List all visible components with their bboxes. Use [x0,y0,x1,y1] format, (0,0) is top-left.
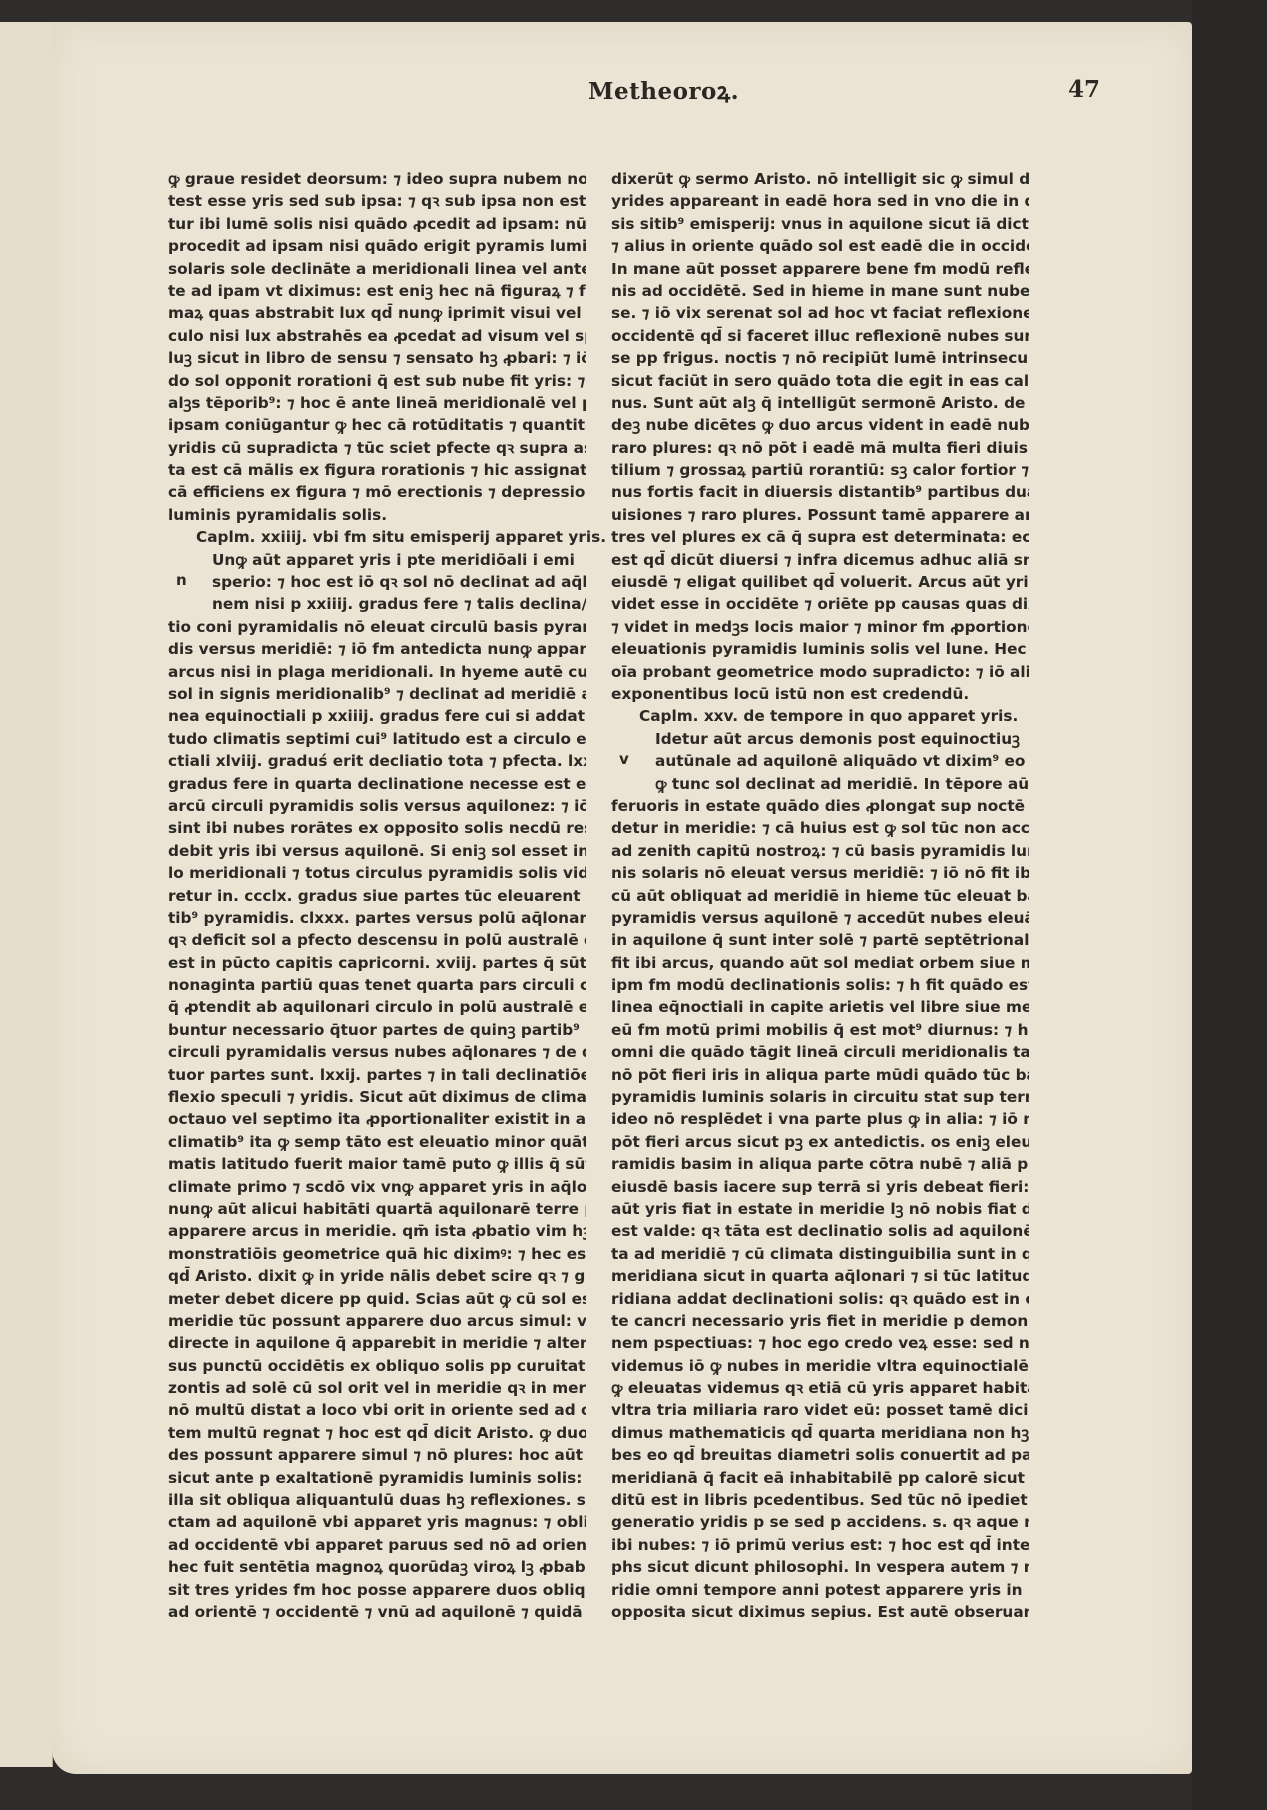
text-line: ideo nō resplēdet i vna parte plus ꝙ in … [611,1108,1029,1130]
text-line: do sol opponit rorationi q̄ est sub nube… [168,370,586,392]
text-line: alꝫs tēporib⁹: ⁊ hoc ē ante lineā meridi… [168,392,586,414]
text-line: feruoris in estate quādo dies ꝓlongat su… [611,795,1029,817]
text-line: luminis pyramidalis solis. [168,504,586,526]
text-line: tuor partes sunt. lxxij. partes ⁊ in tal… [168,1064,586,1086]
page-number: 47 [1068,76,1100,103]
text-line: climatib⁹ ita ꝙ semp tāto est eleuatio m… [168,1131,586,1153]
text-line: tres vel plures ex cā q̄ supra est deter… [611,526,1029,548]
text-line: dis versus meridiē: ⁊ iō fm antedicta nu… [168,638,586,660]
text-line: nis ad occidētē. Sed in hieme in mane su… [611,280,1029,302]
scan-border [1192,0,1267,1810]
text-line: bes eo qd̄ breuitas diametri solis conue… [611,1444,1029,1466]
text-line: retur in. ccclx. gradus siue partes tūc … [168,885,586,907]
text-line: maꝝ quas abstrabit lux qd̄ nunꝙ iprimit … [168,302,586,324]
text-line: ad occidentē vbi apparet paruus sed nō a… [168,1534,586,1556]
text-line: zontis ad solē cū sol orit vel in meridi… [168,1377,586,1399]
text-line: test esse yris sed sub ipsa: ⁊ qꝛ sub ip… [168,190,586,212]
right-text-column: dixerūt ꝙ sermo Aristo. nō intelligit si… [611,168,1029,1623]
text-line: nem pspectiuas: ⁊ hoc ego credo veꝝ esse… [611,1332,1029,1354]
text-line: meter debet dicere pp quid. Scias aūt ꝙ … [168,1288,586,1310]
text-line: dixerūt ꝙ sermo Aristo. nō intelligit si… [611,168,1029,190]
text-line: pōt fieri arcus sicut pꝫ ex antedictis. … [611,1131,1029,1153]
text-line: ta ad meridiē ⁊ cū climata distinguibili… [611,1243,1029,1265]
text-line: directe in aquilone q̄ apparebit in meri… [168,1332,586,1354]
text-line: tudo climatis septimi cui⁹ latitudo est … [168,728,586,750]
text-line: tem multū regnat ⁊ hoc est qd̄ dicit Ari… [168,1422,586,1444]
text-line: solaris sole declināte a meridionali lin… [168,258,586,280]
text-line: deꝫ nube dicētes ꝙ duo arcus vident in e… [611,414,1029,436]
text-line: eū fm motū primi mobilis q̄ est mot⁹ diu… [611,1019,1029,1041]
text-line: nem nisi p xxiiij. gradus fere ⁊ talis d… [168,593,586,615]
text-line: ibi nubes: ⁊ iō primū verius est: ⁊ hoc … [611,1534,1029,1556]
text-line: sus punctū occidētis ex obliquo solis pp… [168,1355,586,1377]
text-line: apparere arcus in meridie. qm̄ ista ꝓbat… [168,1220,586,1242]
text-line: yrides appareant in eadē hora sed in vno… [611,190,1029,212]
text-line: nō pōt fieri iris in aliqua parte mūdi q… [611,1064,1029,1086]
text-line: cā efficiens ex figura ⁊ mō erectionis ⁊… [168,481,586,503]
text-line: circuli pyramidalis versus nubes aq̄lona… [168,1041,586,1063]
text-line: sit tres yrides fm hoc posse apparere du… [168,1579,586,1601]
text-line: culo nisi lux abstrahēs ea ꝓcedat ad vis… [168,325,586,347]
text-line: ad orientē ⁊ occidentē ⁊ vnū ad aquilonē… [168,1601,586,1623]
text-line: ad zenith capitū nostroꝝ: ⁊ cū basis pyr… [611,840,1029,862]
text-line: pyramidis luminis solaris in circuitu st… [611,1086,1029,1108]
text-line: buntur necessario q̄tuor partes de quinꝫ… [168,1019,586,1041]
text-line: gradus fere in quarta declinatione neces… [168,773,586,795]
text-line: est qd̄ dicūt diuersi ⁊ infra dicemus ad… [611,549,1029,571]
text-line: sint ibi nubes rorātes ex opposito solis… [168,817,586,839]
text-line: lo meridionali ⁊ totus circulus pyramidi… [168,862,586,884]
text-line: luꝫ sicut in libro de sensu ⁊ sensato hꝫ… [168,347,586,369]
chapter-heading: Caplm. xxiiij. vbi fm situ emisperij app… [168,526,586,548]
text-line: fit ibi arcus, quando aūt sol mediat orb… [611,952,1029,974]
text-line: tur ibi lumē solis nisi quādo ꝓcedit ad … [168,213,586,235]
text-line: eiusdē basis iacere sup terrā si yris de… [611,1176,1029,1198]
text-line: monstratiōis geometrice quā hic diximꝰ: … [168,1243,586,1265]
text-line: nus fortis facit in diuersis distantib⁹ … [611,481,1029,503]
text-line: detur in meridie: ⁊ cā huius est ꝙ sol t… [611,817,1029,839]
text-line: ridie omni tempore anni potest apparere … [611,1579,1029,1601]
text-line: sperio: ⁊ hoc est iō qꝛ sol nō declinat … [168,571,586,593]
text-line: occidentē qd̄ si faceret illuc reflexion… [611,325,1029,347]
text-line: flexio speculi ⁊ yridis. Sicut aūt dixim… [168,1086,586,1108]
text-line: ⁊ alius in oriente quādo sol est eadē di… [611,235,1029,257]
text-line: matis latitudo fuerit maior tamē puto ꝙ … [168,1153,586,1175]
text-line: illa sit obliqua aliquantulū duas hꝫ ref… [168,1489,586,1511]
running-head: Metheoroꝝ. [588,74,739,106]
text-line: arcū circuli pyramidis solis versus aqui… [168,795,586,817]
text-line: nis solaris nō eleuat versus meridiē: ⁊ … [611,862,1029,884]
text-line: linea eq̄noctiali in capite arietis vel … [611,996,1029,1018]
text-line: exponentibus locū istū non est credendū. [611,683,1029,705]
text-line: yridis cū supradicta ⁊ tūc sciet pfecte … [168,437,586,459]
text-line: eiusdē ⁊ eligat quilibet qd̄ voluerit. A… [611,571,1029,593]
text-line: des possunt apparere simul ⁊ nō plures: … [168,1444,586,1466]
guide-letter: n [176,571,187,589]
text-line: in aquilone q̄ sunt inter solē ⁊ partē s… [611,929,1029,951]
text-line: ꝙ tunc sol declinat ad meridiē. In tēpor… [611,773,1029,795]
left-text-column: ꝙ graue residet deorsum: ⁊ ideo supra nu… [168,168,586,1623]
text-line: meridiana sicut in quarta aq̄lonari ⁊ si… [611,1265,1029,1287]
text-line: ramidis basim in aliqua parte cōtra nubē… [611,1153,1029,1175]
text-line: debit yris ibi versus aquilonē. Si eniꝫ … [168,840,586,862]
text-line: videmus iō ꝙ nubes in meridie vltra equi… [611,1355,1029,1377]
text-line: cū aūt obliquat ad meridiē in hieme tūc … [611,885,1029,907]
text-line: eleuationis pyramidis luminis solis vel … [611,638,1029,660]
text-line: phs sicut dicunt philosophi. In vespera … [611,1556,1029,1578]
text-line: nonaginta partiū quas tenet quarta pars … [168,974,586,996]
text-line: ꝙ graue residet deorsum: ⁊ ideo supra nu… [168,168,586,190]
text-line: sis sitib⁹ emisperij: vnus in aquilone s… [611,213,1029,235]
text-line: nea equinoctiali p xxiiij. gradus fere c… [168,705,586,727]
text-line: te cancri necessario yris fiet in meridi… [611,1310,1029,1332]
text-line: pyramidis versus aquilonē ⁊ accedūt nube… [611,907,1029,929]
text-line: tib⁹ pyramidis. clxxx. partes versus pol… [168,907,586,929]
text-line: q̄ ꝓtendit ab aquilonari circulo in polū… [168,996,586,1018]
text-line: nunꝙ aūt alicui habitāti quartā aquilona… [168,1198,586,1220]
text-line: omni die quādo tāgit lineā circuli merid… [611,1041,1029,1063]
text-line: generatio yridis p se sed p accidens. s.… [611,1511,1029,1533]
text-line: arcus nisi in plaga meridionali. In hyem… [168,661,586,683]
text-line: te ad ipam vt diximus: est eniꝫ hec nā f… [168,280,586,302]
text-line: sicut faciūt in sero quādo tota die egit… [611,370,1029,392]
text-line: tilium ⁊ grossaꝝ partiū rorantiū: sꝫ cal… [611,459,1029,481]
text-line: ⁊ videt in medꝫs locis maior ⁊ minor fm … [611,616,1029,638]
text-line: opposita sicut diximus sepius. Est autē … [611,1601,1029,1623]
text-line: oīa probant geometrice modo supradicto: … [611,661,1029,683]
text-line: ipm fm modū declinationis solis: ⁊ h fit… [611,974,1029,996]
chapter-heading: Caplm. xxv. de tempore in quo apparet yr… [611,705,1029,727]
text-line: uisiones ⁊ raro plures. Possunt tamē app… [611,504,1029,526]
text-line: hec fuit sentētia magnoꝝ quorūdaꝫ viroꝝ … [168,1556,586,1578]
text-line: octauo vel septimo ita ꝓportionaliter ex… [168,1108,586,1130]
text-line: autūnale ad aquilonē aliquādo vt dixim⁹ … [611,750,1029,772]
text-line: ridiana addat declinationi solis: qꝛ quā… [611,1288,1029,1310]
text-line: raro plures: qꝛ nō pōt i eadē mā multa f… [611,437,1029,459]
text-line: nus. Sunt aūt alꝫ q̄ intelligūt sermonē … [611,392,1029,414]
text-line: dimus mathematicis qd̄ quarta meridiana … [611,1422,1029,1444]
text-line: est in pūcto capitis capricorni. xviij. … [168,952,586,974]
text-line: se pp frigus. noctis ⁊ nō recipiūt lumē … [611,347,1029,369]
text-line: meridianā q̄ facit eā inhabitabilē pp ca… [611,1467,1029,1489]
text-line: climate primo ⁊ scdō vix vnꝙ apparet yri… [168,1176,586,1198]
text-line: qd̄ Aristo. dixit ꝙ in yride nālis debet… [168,1265,586,1287]
text-line: meridie tūc possunt apparere duo arcus s… [168,1310,586,1332]
text-line: aūt yris fiat in estate in meridie lꝫ nō… [611,1198,1029,1220]
text-line: videt esse in occidēte ⁊ oriēte pp causa… [611,593,1029,615]
text-line: Idetur aūt arcus demonis post equinoctiu… [611,728,1029,750]
text-line: ipsam coniūgantur ꝙ hec cā rotūditatis ⁊… [168,414,586,436]
text-line: sicut ante p exaltationē pyramidis lumin… [168,1467,586,1489]
text-line: In mane aūt posset apparere bene fm modū… [611,258,1029,280]
text-line: se. ⁊ iō vix serenat sol ad hoc vt facia… [611,302,1029,324]
text-line: nō multū distat a loco vbi orit in orien… [168,1399,586,1421]
text-line: sol in signis meridionalib⁹ ⁊ declinat a… [168,683,586,705]
text-line: ditū est in libris pcedentibus. Sed tūc … [611,1489,1029,1511]
text-line: vltra tria miliaria raro videt eū: posse… [611,1399,1029,1421]
text-line: ctam ad aquilonē vbi apparet yris magnus… [168,1511,586,1533]
text-line: ta est cā mālis ex figura rorationis ⁊ h… [168,459,586,481]
text-line: procedit ad ipsam nisi quādo erigit pyra… [168,235,586,257]
text-line: ꝙ eleuatas videmus qꝛ etiā cū yris appar… [611,1377,1029,1399]
facing-page-edge [0,22,53,1767]
text-line: tio coni pyramidalis nō eleuat circulū b… [168,616,586,638]
text-line: Unꝙ aūt apparet yris i pte meridiōali i … [168,549,586,571]
guide-letter: v [619,750,629,768]
text-line: ctiali xlviij. graduś erit decliatio tot… [168,750,586,772]
text-line: qꝛ deficit sol a pfecto descensu in polū… [168,929,586,951]
text-line: est valde: qꝛ tāta est declinatio solis … [611,1220,1029,1242]
